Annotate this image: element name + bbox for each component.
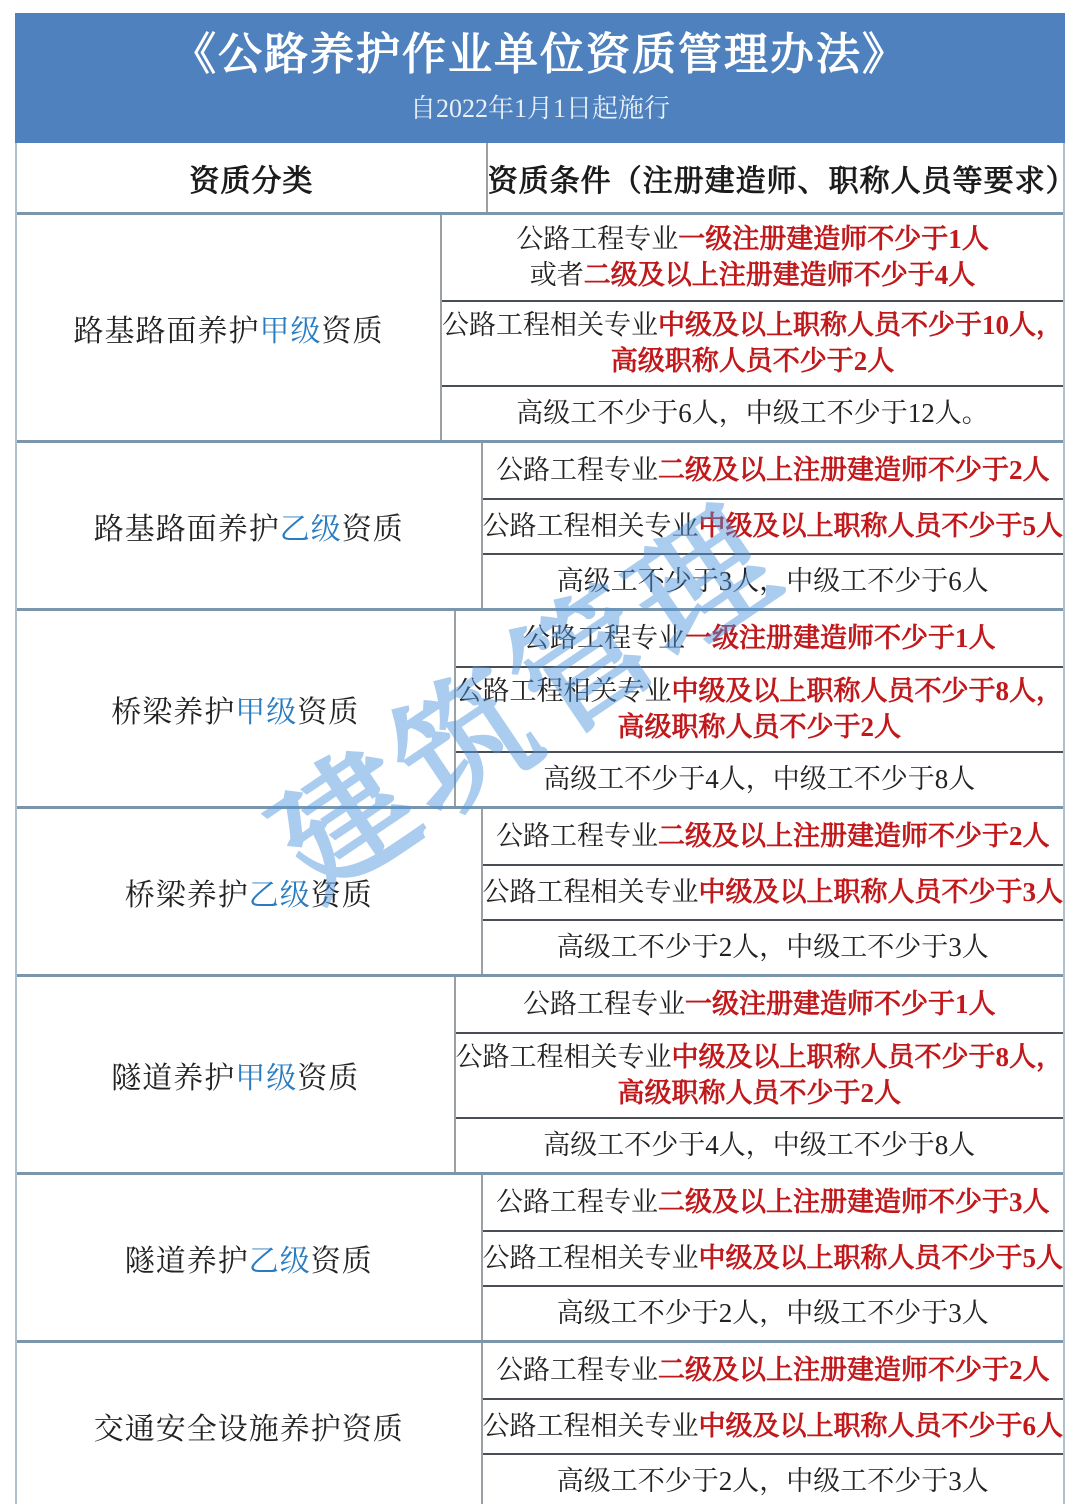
highlight-red-text: 二级及以上注册建造师不少于2人 [658,455,1050,485]
highlight-red-text: 中级及以上职称人员不少于5人 [699,511,1064,541]
highlight-red-text: 中级及以上职称人员不少于8人， [672,676,1064,706]
category-cell: 路基路面养护甲级资质 [17,215,442,440]
plain-text: 公路工程专业 [523,623,685,653]
plain-text: 公路工程专业 [516,224,678,254]
highlight-red-text: 二级及以上注册建造师不少于4人 [584,260,976,290]
table-section: 交通安全设施养护资质公路工程专业二级及以上注册建造师不少于2人公路工程相关专业中… [17,1340,1063,1504]
condition-rows: 公路工程专业二级及以上注册建造师不少于2人公路工程相关专业中级及以上职称人员不少… [483,1343,1064,1504]
plain-text: 资质 [311,1236,373,1280]
condition-line: 高级工不少于3人，中级工不少于6人 [557,564,989,599]
grade-blue-text: 乙级 [249,1236,311,1280]
category-cell: 隧道养护甲级资质 [17,977,456,1172]
plain-text: 公路工程专业 [496,455,658,485]
condition-rows: 公路工程专业一级注册建造师不少于1人公路工程相关专业中级及以上职称人员不少于8人… [456,611,1064,806]
condition-cell: 公路工程相关专业中级及以上职称人员不少于3人 [483,864,1064,919]
plain-text: 高级工不少于3人，中级工不少于6人 [557,566,989,596]
plain-text: 公路工程专业 [523,989,685,1019]
plain-text: 高级工不少于2人，中级工不少于3人 [557,932,989,962]
table-section: 桥梁养护甲级资质公路工程专业一级注册建造师不少于1人公路工程相关专业中级及以上职… [17,608,1063,806]
table-section: 路基路面养护乙级资质公路工程专业二级及以上注册建造师不少于2人公路工程相关专业中… [17,440,1063,608]
category-cell: 交通安全设施养护资质 [17,1343,483,1504]
condition-cell: 高级工不少于2人，中级工不少于3人 [483,919,1064,974]
page-subtitle: 自2022年1月1日起施行 [410,88,670,125]
condition-line: 高级工不少于4人，中级工不少于8人 [543,762,975,797]
condition-cell: 公路工程专业二级及以上注册建造师不少于2人 [483,809,1064,864]
condition-line: 高级职称人员不少于2人 [618,1076,902,1111]
condition-cell: 公路工程相关专业中级及以上职称人员不少于8人，高级职称人员不少于2人 [456,666,1064,751]
title-banner: 《公路养护作业单位资质管理办法》 自2022年1月1日起施行 [15,13,1065,143]
grade-blue-text: 甲级 [235,1053,297,1097]
condition-cell: 公路工程专业二级及以上注册建造师不少于2人 [483,1343,1064,1398]
plain-text: 资质 [297,1053,359,1097]
condition-cell: 公路工程专业一级注册建造师不少于1人 [456,977,1064,1032]
condition-line: 高级工不少于2人，中级工不少于3人 [557,1296,989,1331]
plain-text: 路基路面养护 [74,306,260,350]
plain-text: 公路工程相关专业 [456,1042,672,1072]
grade-blue-text: 甲级 [235,687,297,731]
plain-text: 或者 [530,260,584,290]
condition-rows: 公路工程专业二级及以上注册建造师不少于2人公路工程相关专业中级及以上职称人员不少… [483,809,1064,974]
condition-cell: 公路工程专业二级及以上注册建造师不少于3人 [483,1175,1064,1230]
page-title: 《公路养护作业单位资质管理办法》 [172,31,908,79]
condition-line: 公路工程专业一级注册建造师不少于1人 [516,222,989,257]
highlight-red-text: 一级注册建造师不少于1人 [685,989,996,1019]
condition-line: 公路工程相关专业中级及以上职称人员不少于3人 [483,875,1064,910]
condition-cell: 公路工程专业一级注册建造师不少于1人或者二级及以上注册建造师不少于4人 [442,215,1063,300]
highlight-red-text: 一级注册建造师不少于1人 [685,623,996,653]
grade-blue-text: 甲级 [260,306,322,350]
condition-line: 或者二级及以上注册建造师不少于4人 [530,258,976,293]
condition-cell: 公路工程专业一级注册建造师不少于1人 [456,611,1064,666]
category-cell: 路基路面养护乙级资质 [17,443,483,608]
condition-cell: 公路工程相关专业中级及以上职称人员不少于10人，高级职称人员不少于2人 [442,300,1063,385]
highlight-red-text: 高级职称人员不少于2人 [618,1078,902,1108]
condition-cell: 高级工不少于3人，中级工不少于6人 [483,553,1064,608]
infographic-sheet: 《公路养护作业单位资质管理办法》 自2022年1月1日起施行 资质分类 资质条件… [15,13,1065,1504]
plain-text: 公路工程专业 [496,1187,658,1217]
condition-cell: 公路工程相关专业中级及以上职称人员不少于5人 [483,498,1064,553]
plain-text: 交通安全设施养护资质 [94,1404,404,1448]
highlight-red-text: 二级及以上注册建造师不少于2人 [658,1355,1050,1385]
plain-text: 桥梁养护 [111,687,235,731]
condition-cell: 高级工不少于6人，中级工不少于12人。 [442,385,1063,440]
condition-line: 公路工程相关专业中级及以上职称人员不少于8人， [456,1040,1064,1075]
category-cell: 桥梁养护乙级资质 [17,809,483,974]
plain-text: 公路工程相关专业 [456,676,672,706]
grade-blue-text: 乙级 [249,870,311,914]
highlight-red-text: 高级职称人员不少于2人 [611,346,895,376]
plain-text: 隧道养护 [111,1053,235,1097]
plain-text: 高级工不少于4人，中级工不少于8人 [543,764,975,794]
qualification-table: 资质分类 资质条件（注册建造师、职称人员等要求） 路基路面养护甲级资质公路工程专… [15,143,1065,1504]
condition-line: 公路工程相关专业中级及以上职称人员不少于8人， [456,674,1064,709]
condition-line: 公路工程相关专业中级及以上职称人员不少于5人 [483,1241,1064,1276]
table-section: 桥梁养护乙级资质公路工程专业二级及以上注册建造师不少于2人公路工程相关专业中级及… [17,806,1063,974]
condition-cell: 公路工程相关专业中级及以上职称人员不少于6人 [483,1398,1064,1453]
condition-line: 高级工不少于6人，中级工不少于12人。 [516,396,989,431]
condition-cell: 高级工不少于4人，中级工不少于8人 [456,751,1064,806]
plain-text: 高级工不少于2人，中级工不少于3人 [557,1466,989,1496]
highlight-red-text: 高级职称人员不少于2人 [618,712,902,742]
plain-text: 高级工不少于6人，中级工不少于12人。 [516,398,989,428]
condition-line: 高级工不少于2人，中级工不少于3人 [557,930,989,965]
plain-text: 公路工程相关专业 [442,310,658,340]
condition-rows: 公路工程专业二级及以上注册建造师不少于2人公路工程相关专业中级及以上职称人员不少… [483,443,1064,608]
condition-line: 高级职称人员不少于2人 [618,710,902,745]
condition-line: 公路工程相关专业中级及以上职称人员不少于6人 [483,1409,1064,1444]
column-header-category: 资质分类 [17,143,488,212]
condition-cell: 高级工不少于2人，中级工不少于3人 [483,1453,1064,1504]
condition-line: 公路工程专业二级及以上注册建造师不少于2人 [496,453,1050,488]
condition-line: 公路工程相关专业中级及以上职称人员不少于5人 [483,509,1064,544]
plain-text: 路基路面养护 [94,504,280,548]
column-header-conditions: 资质条件（注册建造师、职称人员等要求） [488,143,1063,212]
table-section: 路基路面养护甲级资质公路工程专业一级注册建造师不少于1人或者二级及以上注册建造师… [17,215,1063,440]
table-header-row: 资质分类 资质条件（注册建造师、职称人员等要求） [17,143,1063,215]
condition-line: 公路工程相关专业中级及以上职称人员不少于10人， [442,308,1063,343]
plain-text: 资质 [311,870,373,914]
category-cell: 桥梁养护甲级资质 [17,611,456,806]
condition-line: 公路工程专业二级及以上注册建造师不少于2人 [496,1353,1050,1388]
condition-line: 高级职称人员不少于2人 [611,344,895,379]
highlight-red-text: 中级及以上职称人员不少于5人 [699,1243,1064,1273]
plain-text: 资质 [297,687,359,731]
category-cell: 隧道养护乙级资质 [17,1175,483,1340]
plain-text: 公路工程相关专业 [483,1243,699,1273]
plain-text: 公路工程相关专业 [483,877,699,907]
highlight-red-text: 中级及以上职称人员不少于3人 [699,877,1064,907]
plain-text: 高级工不少于2人，中级工不少于3人 [557,1298,989,1328]
condition-line: 高级工不少于2人，中级工不少于3人 [557,1464,989,1499]
plain-text: 资质 [322,306,384,350]
highlight-red-text: 一级注册建造师不少于1人 [678,224,989,254]
grade-blue-text: 乙级 [280,504,342,548]
plain-text: 高级工不少于4人，中级工不少于8人 [543,1130,975,1160]
condition-line: 公路工程专业二级及以上注册建造师不少于3人 [496,1185,1050,1220]
condition-cell: 高级工不少于2人，中级工不少于3人 [483,1285,1064,1340]
highlight-red-text: 二级及以上注册建造师不少于2人 [658,821,1050,851]
plain-text: 公路工程专业 [496,821,658,851]
plain-text: 公路工程专业 [496,1355,658,1385]
highlight-red-text: 中级及以上职称人员不少于6人 [699,1411,1064,1441]
table-section: 隧道养护甲级资质公路工程专业一级注册建造师不少于1人公路工程相关专业中级及以上职… [17,974,1063,1172]
condition-cell: 公路工程相关专业中级及以上职称人员不少于5人 [483,1230,1064,1285]
plain-text: 隧道养护 [125,1236,249,1280]
condition-rows: 公路工程专业一级注册建造师不少于1人或者二级及以上注册建造师不少于4人公路工程相… [442,215,1063,440]
plain-text: 公路工程相关专业 [483,511,699,541]
highlight-red-text: 中级及以上职称人员不少于10人， [658,310,1063,340]
plain-text: 资质 [342,504,404,548]
condition-line: 高级工不少于4人，中级工不少于8人 [543,1128,975,1163]
condition-cell: 公路工程专业二级及以上注册建造师不少于2人 [483,443,1064,498]
plain-text: 桥梁养护 [125,870,249,914]
condition-line: 公路工程专业二级及以上注册建造师不少于2人 [496,819,1050,854]
condition-cell: 高级工不少于4人，中级工不少于8人 [456,1117,1064,1172]
plain-text: 公路工程相关专业 [483,1411,699,1441]
table-body: 路基路面养护甲级资质公路工程专业一级注册建造师不少于1人或者二级及以上注册建造师… [17,215,1063,1504]
condition-rows: 公路工程专业二级及以上注册建造师不少于3人公路工程相关专业中级及以上职称人员不少… [483,1175,1064,1340]
highlight-red-text: 中级及以上职称人员不少于8人， [672,1042,1064,1072]
condition-cell: 公路工程相关专业中级及以上职称人员不少于8人，高级职称人员不少于2人 [456,1032,1064,1117]
condition-line: 公路工程专业一级注册建造师不少于1人 [523,987,996,1022]
condition-line: 公路工程专业一级注册建造师不少于1人 [523,621,996,656]
table-section: 隧道养护乙级资质公路工程专业二级及以上注册建造师不少于3人公路工程相关专业中级及… [17,1172,1063,1340]
condition-rows: 公路工程专业一级注册建造师不少于1人公路工程相关专业中级及以上职称人员不少于8人… [456,977,1064,1172]
highlight-red-text: 二级及以上注册建造师不少于3人 [658,1187,1050,1217]
